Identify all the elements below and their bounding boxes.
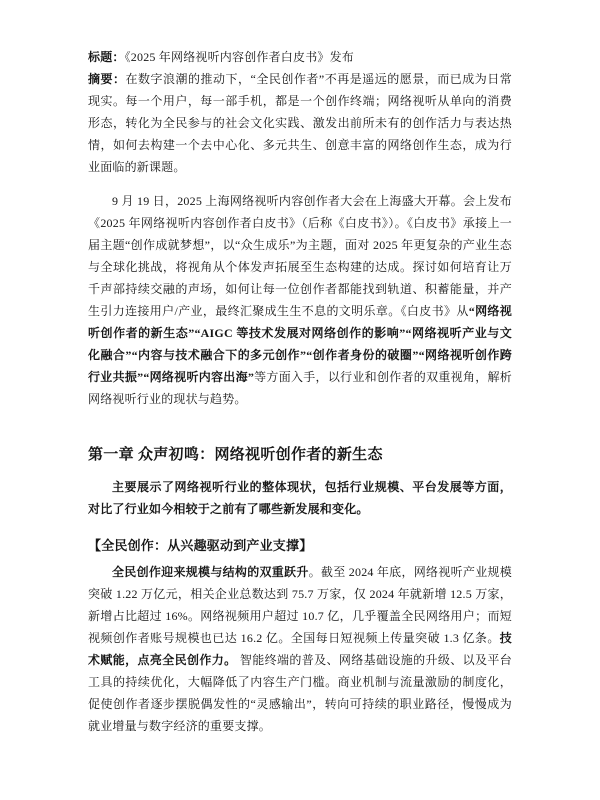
- section-heading: 【全民创作：从兴趣驱动到产业支撑】: [88, 536, 512, 556]
- intro-topic-2: “AIGC 等技术发展对网络创作的影响”: [194, 326, 405, 340]
- chapter-summary: 主要展示了网络视听行业的整体现状，包括行业规模、平台发展等方面，对比了行业如今相…: [88, 476, 512, 520]
- intro-topic-4: “内容与技术融合下的多元创作”: [132, 348, 307, 362]
- abstract-text: 在数字浪潮的推动下，“全民创作者”不再是遥远的愿景，而已成为日常现实。每一个用户…: [88, 72, 512, 174]
- intro-topic-5: “创作者身份的破圈”: [306, 348, 418, 362]
- body-bold-lead: 全民创作迎来规模与结构的双重跃升: [112, 565, 309, 579]
- chapter-heading: 第一章 众声初鸣：网络视听创作者的新生态: [88, 443, 512, 467]
- intro-topic-7: “网络视听内容出海”: [143, 370, 254, 384]
- document-page: 标题：《2025 年网络视听内容创作者白皮书》发布 摘要：在数字浪潮的推动下，“…: [0, 0, 600, 800]
- intro-paragraph: 9 月 19 日，2025 上海网络视听内容创作者大会在上海盛大开幕。会上发布《…: [88, 190, 512, 410]
- title-text: 《2025 年网络视听内容创作者白皮书》发布: [125, 50, 354, 64]
- intro-lead: 9 月 19 日，2025 上海网络视听内容创作者大会在上海盛大开幕。会上发布《…: [88, 194, 512, 318]
- doc-title-line: 标题：《2025 年网络视听内容创作者白皮书》发布: [88, 46, 512, 68]
- abstract-label: 摘要：: [88, 72, 126, 86]
- title-label: 标题：: [88, 50, 125, 64]
- abstract-paragraph: 摘要：在数字浪潮的推动下，“全民创作者”不再是遥远的愿景，而已成为日常现实。每一…: [88, 68, 512, 178]
- body-paragraph: 全民创作迎来规模与结构的双重跃升。截至 2024 年底，网络视听产业规模突破 1…: [88, 561, 512, 737]
